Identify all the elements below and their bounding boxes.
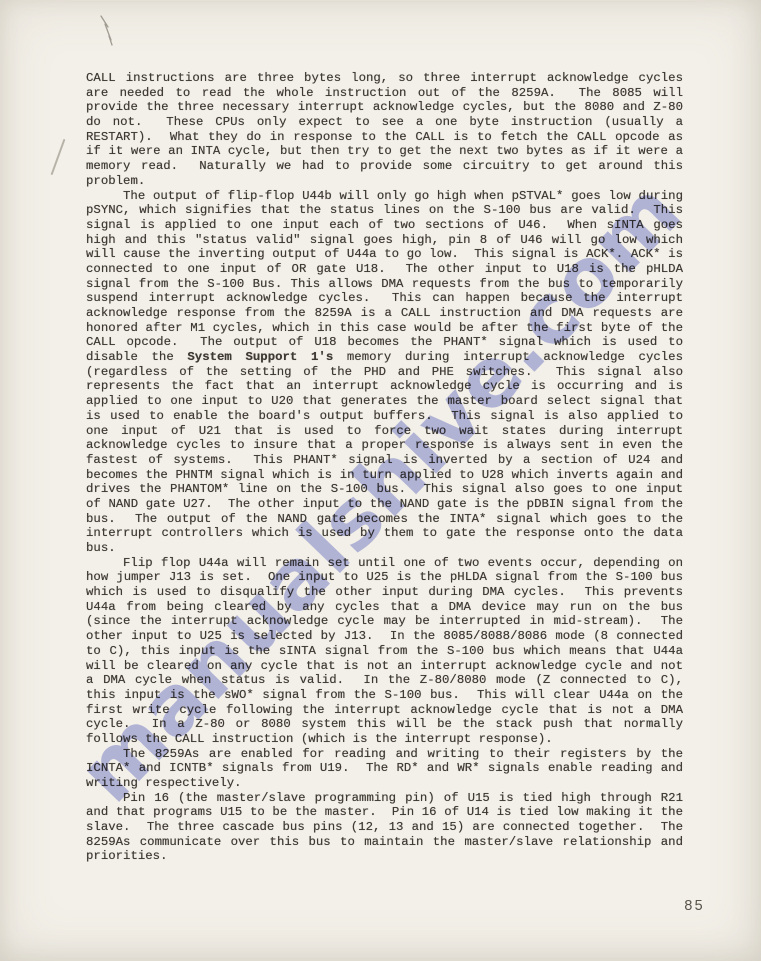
text-line: is used to enable the board's output buf… [86,409,683,424]
text-line: are needed to read the whole instruction… [86,86,683,101]
text-line: becomes the PHNTM signal which is in tur… [86,468,683,483]
paragraph: Flip flop U44a will remain set until one… [86,556,683,747]
text-line: if it were an INTA cycle, but then try t… [86,144,683,159]
text-line: applied to one input to U20 that generat… [86,394,683,409]
text-line: memory read. Naturally we had to provide… [86,159,683,174]
text-line: one input of U21 that is used to force t… [86,424,683,439]
body-text: CALL instructions are three bytes long, … [86,71,683,864]
text-line: first write cycle following the interrup… [86,703,683,718]
document-page: manualshive.com CALL instructions are th… [0,0,761,961]
text-line: RESTART). What they do in response to th… [86,130,683,145]
text-line: drives the PHANTOM* line on the S-100 bu… [86,482,683,497]
text-line: signal is applied to one input each of t… [86,218,683,233]
text-line: represents the fact that an interrupt ac… [86,379,683,394]
text-line: bus. [86,541,683,556]
text-line: connected to one input of OR gate U18. T… [86,262,683,277]
text-line: priorities. [86,849,683,864]
text-line: slave. The three cascade bus pins (12, 1… [86,820,683,835]
text-line: (regardless of the setting of the PHD an… [86,365,683,380]
text-line: cycle. In a Z-80 or 8080 system this wil… [86,717,683,732]
text-line: CALL instructions are three bytes long, … [86,71,683,86]
text-line: and that programs U15 to be the master. … [86,805,683,820]
text-line: will cause the inverting output of U44a … [86,247,683,262]
text-line: Flip flop U44a will remain set until one… [86,556,683,571]
text-line: how jumper J13 is set. One input to U25 … [86,570,683,585]
paragraph: The 8259As are enabled for reading and w… [86,747,683,791]
text-line: high and this "status valid" signal goes… [86,233,683,248]
text-line: which is used to disqualify the other in… [86,585,683,600]
text-line: of NAND gate U27. The other input to the… [86,497,683,512]
paragraph: CALL instructions are three bytes long, … [86,71,683,189]
text-line: will be cleared on any cycle that is not… [86,659,683,674]
text-line: signal from the S-100 Bus. This allows D… [86,277,683,292]
paragraph: Pin 16 (the master/slave programming pin… [86,791,683,864]
text-line: Pin 16 (the master/slave programming pin… [86,791,683,806]
text-line: writing respectively. [86,776,683,791]
text-line: problem. [86,174,683,189]
pencil-mark [94,12,124,54]
paragraph: The output of flip-flop U44b will only g… [86,189,683,556]
text-line: 8259As communicate over this bus to main… [86,835,683,850]
text-line: honored after M1 cycles, which in this c… [86,321,683,336]
text-line: (since the interrupt acknowledge cycle m… [86,614,683,629]
text-line: acknowledge cycles to insure that a prop… [86,438,683,453]
text-line: provide the three necessary interrupt ac… [86,100,683,115]
text-line: do not. These CPUs only expect to see a … [86,115,683,130]
text-line: this input is the sWO* signal from the S… [86,688,683,703]
text-line: other input to U25 is selected by J13. I… [86,629,683,644]
text-line: fastest of systems. This PHANT* signal i… [86,453,683,468]
text-line: follows the CALL instruction (which is t… [86,732,683,747]
text-line: a DMA cycle when status is valid. In the… [86,673,683,688]
text-line: ICNTA* and ICNTB* signals from U19. The … [86,761,683,776]
text-line: The output of flip-flop U44b will only g… [86,189,683,204]
text-line: pSYNC, which signifies that the status l… [86,203,683,218]
text-line: The 8259As are enabled for reading and w… [86,747,683,762]
text-line: suspend interrupt acknowledge cycles. Th… [86,291,683,306]
pencil-mark [51,139,66,175]
text-line: to C), this input is the sINTA signal fr… [86,644,683,659]
page-number: 85 [684,899,704,915]
text-line: interrupt controllers which is used by t… [86,526,683,541]
text-line: CALL opcode. The output of U18 becomes t… [86,335,683,350]
text-line: acknowledge response from the 8259A is a… [86,306,683,321]
text-line: bus. The output of the NAND gate becomes… [86,512,683,527]
text-line: disable the System Support 1's memory du… [86,350,683,365]
text-line: U44a from being cleared by any cycles th… [86,600,683,615]
